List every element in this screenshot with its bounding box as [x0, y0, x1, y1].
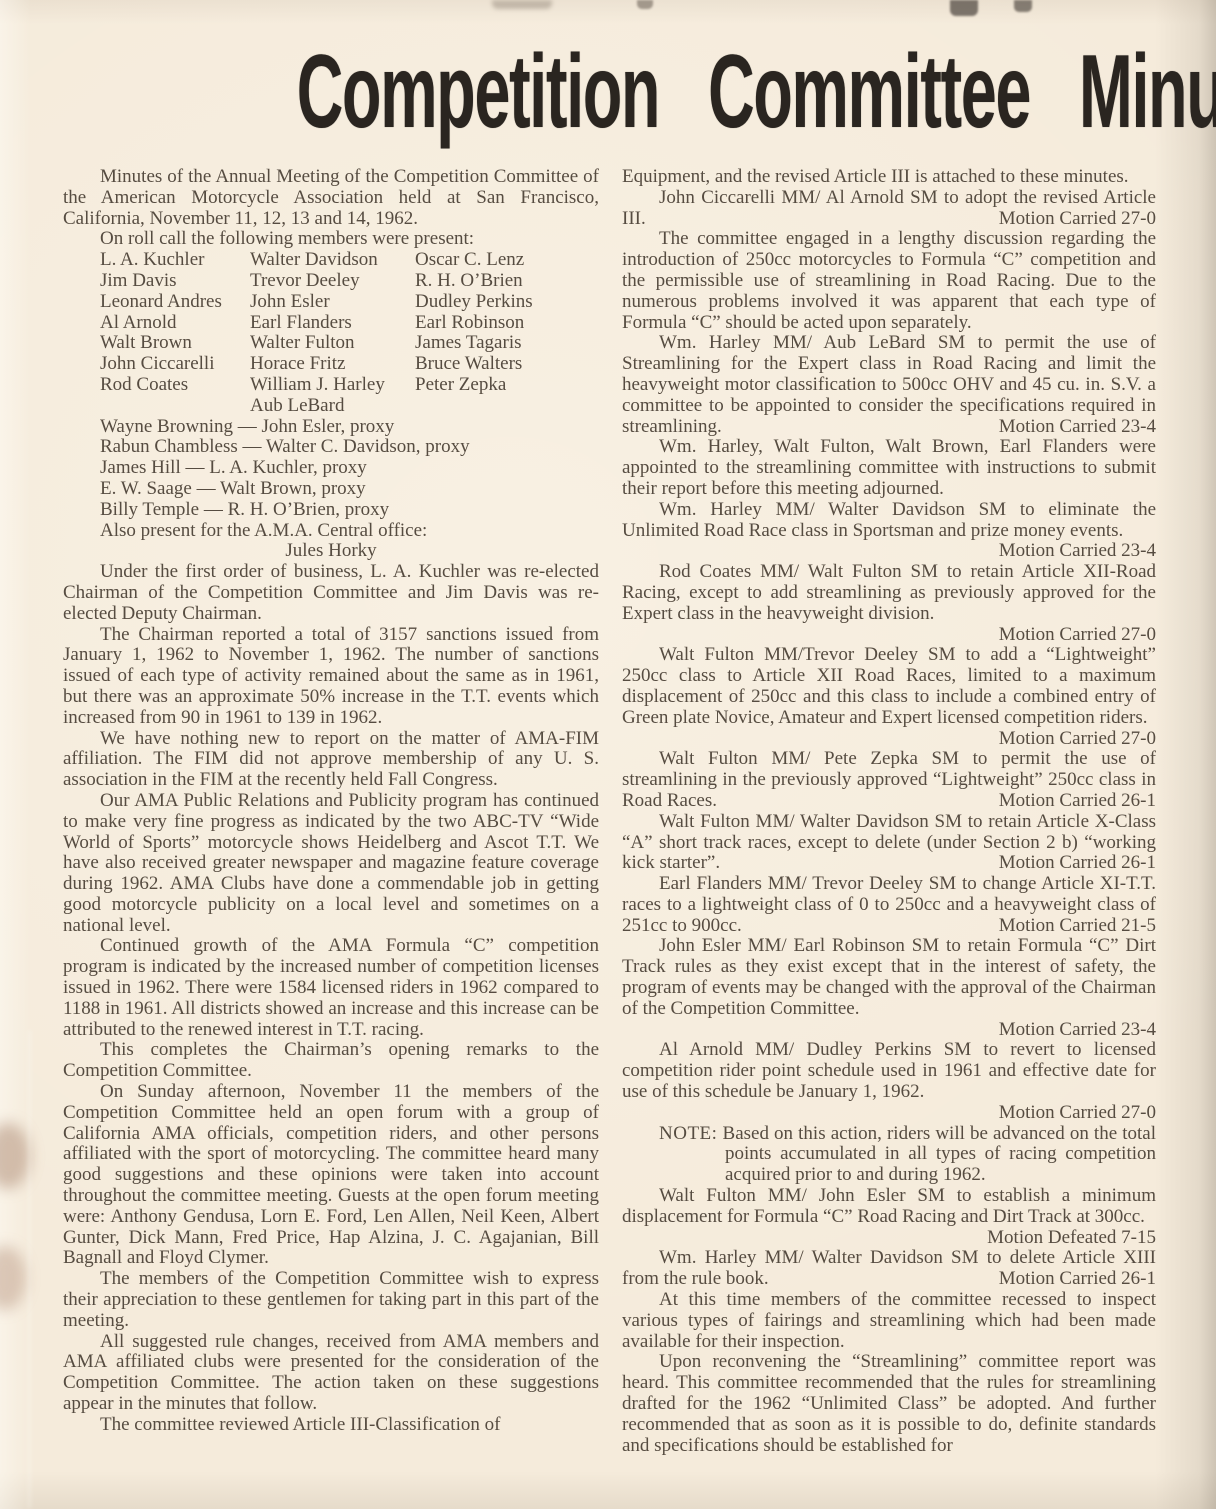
proxy-line: Wayne Browning — John Esler, proxy	[100, 417, 599, 438]
scan-ink-mark	[637, 0, 653, 9]
proxy-line: Also present for the A.M.A. Central offi…	[100, 521, 599, 542]
paragraph-text: On Sunday afternoon, November 11 the mem…	[63, 1081, 599, 1268]
member-name: John Esler	[250, 292, 415, 313]
paragraph-text: We have nothing new to report on the mat…	[63, 728, 599, 791]
paragraph-text: Minutes of the Annual Meeting of the Com…	[63, 166, 599, 229]
paragraph-text: Upon reconvening the “Streamlining” comm…	[622, 1351, 1156, 1455]
member-name: L. A. Kuchler	[100, 250, 250, 271]
motion-paragraph: Walt Fulton MM/ Pete Zepka SM to permit …	[622, 749, 1156, 811]
motion-paragraph: Rod Coates MM/ Walt Fulton SM to retain …	[622, 562, 1156, 624]
proxy-line: Rabun Chambless — Walter C. Davidson, pr…	[100, 437, 599, 458]
motion-paragraph: Walt Fulton MM/ Walter Davidson SM to re…	[622, 812, 1156, 874]
page-crease	[28, 1030, 31, 1509]
paragraph-text: Wm. Harley MM/ Walter Davidson SM to eli…	[622, 499, 1156, 541]
scan-ink-mark	[1014, 0, 1032, 12]
motion-result: Motion Carried 23-4	[948, 417, 1156, 438]
member-name: Trevor Deeley	[250, 271, 415, 292]
paragraph: On Sunday afternoon, November 11 the mem…	[63, 1082, 599, 1269]
note-paragraph: NOTE: Based on this action, riders will …	[622, 1124, 1156, 1186]
member-name: James Tagaris	[415, 333, 599, 354]
paragraph-text: This completes the Chairman’s opening re…	[63, 1039, 599, 1081]
member-name: Oscar C. Lenz	[415, 250, 599, 271]
paragraph: Continued growth of the AMA Formula “C” …	[63, 936, 599, 1040]
member-name: Jim Davis	[100, 271, 250, 292]
paragraph-text: All suggested rule changes, received fro…	[63, 1331, 599, 1414]
paragraph-text: At this time members of the committee re…	[622, 1289, 1156, 1352]
roll-call-table: L. A. KuchlerWalter DavidsonOscar C. Len…	[63, 250, 599, 416]
paragraph: On roll call the following members were …	[63, 229, 599, 250]
paragraph-text: Rod Coates MM/ Walt Fulton SM to retain …	[622, 561, 1156, 624]
page: Competition Committee Minutes Minutes of…	[0, 0, 1216, 1509]
paragraph-text: John Esler MM/ Earl Robinson SM to retai…	[622, 935, 1156, 1018]
motion-paragraph: John Ciccarelli MM/ Al Arnold SM to adop…	[622, 188, 1156, 230]
paragraph: At this time members of the committee re…	[622, 1290, 1156, 1352]
paragraph: We have nothing new to report on the mat…	[63, 729, 599, 791]
paragraph: The committee engaged in a lengthy discu…	[622, 229, 1156, 333]
note-label: NOTE:	[659, 1123, 717, 1144]
proxy-line: James Hill — L. A. Kuchler, proxy	[100, 458, 599, 479]
member-name: John Ciccarelli	[100, 354, 250, 375]
paragraph-text: The committee reviewed Article III-Class…	[100, 1414, 500, 1435]
paragraph-text: Equipment, and the revised Article III i…	[622, 166, 1129, 187]
paragraph-text: Under the first order of business, L. A.…	[63, 561, 599, 624]
motion-result: Motion Carried 27-0	[622, 625, 1156, 646]
paragraph: Wm. Harley, Walt Fulton, Walt Brown, Ear…	[622, 437, 1156, 499]
scan-smudge	[0, 1123, 30, 1189]
paragraph: Upon reconvening the “Streamlining” comm…	[622, 1352, 1156, 1456]
member-name: Horace Fritz	[250, 354, 415, 375]
member-name: Aub LeBard	[250, 396, 415, 417]
member-name: William J. Harley	[250, 375, 415, 396]
member-name: Rod Coates	[100, 375, 250, 396]
scan-ink-mark	[950, 0, 978, 16]
member-name: Bruce Walters	[415, 354, 599, 375]
page-title: Competition Committee Minutes	[0, 40, 1216, 144]
paragraph-text: Walt Fulton MM/ John Esler SM to establi…	[622, 1185, 1156, 1227]
paragraph: Under the first order of business, L. A.…	[63, 562, 599, 624]
paragraph-text: Wm. Harley, Walt Fulton, Walt Brown, Ear…	[622, 436, 1156, 499]
member-name: Leonard Andres	[100, 292, 250, 313]
member-name: Al Arnold	[100, 313, 250, 334]
paragraph: All suggested rule changes, received fro…	[63, 1332, 599, 1415]
motion-result: Motion Carried 27-0	[948, 729, 1156, 750]
paragraph: Our AMA Public Relations and Publicity p…	[63, 791, 599, 937]
motion-result: Motion Carried 26-1	[948, 853, 1156, 874]
member-name: Earl Flanders	[250, 313, 415, 334]
left-column: Minutes of the Annual Meeting of the Com…	[63, 167, 599, 1456]
member-name	[415, 396, 599, 417]
member-name: Walter Fulton	[250, 333, 415, 354]
motion-paragraph: Al Arnold MM/ Dudley Perkins SM to rever…	[622, 1040, 1156, 1102]
member-name: Walt Brown	[100, 333, 250, 354]
member-name: R. H. O’Brien	[415, 271, 599, 292]
paragraph: The Chairman reported a total of 3157 sa…	[63, 625, 599, 729]
motion-paragraph: Wm. Harley MM/ Walter Davidson SM to eli…	[622, 500, 1156, 562]
motion-result: Motion Carried 27-0	[948, 209, 1156, 230]
motion-result: Motion Carried 27-0	[622, 1103, 1156, 1124]
proxy-line: Billy Temple — R. H. O’Brien, proxy	[100, 500, 599, 521]
attendee-name: Jules Horky	[63, 541, 599, 562]
motion-result: Motion Defeated 7-15	[936, 1228, 1156, 1249]
content: Minutes of the Annual Meeting of the Com…	[63, 167, 1156, 1456]
proxy-list: Wayne Browning — John Esler, proxyRabun …	[63, 417, 599, 542]
paragraph: Minutes of the Annual Meeting of the Com…	[63, 167, 599, 229]
member-name: Earl Robinson	[415, 313, 599, 334]
motion-paragraph: John Esler MM/ Earl Robinson SM to retai…	[622, 936, 1156, 1019]
paragraph-text: On roll call the following members were …	[100, 228, 474, 249]
paragraph: This completes the Chairman’s opening re…	[63, 1040, 599, 1082]
paragraph-text: Continued growth of the AMA Formula “C” …	[63, 935, 599, 1039]
scan-smudge	[0, 1246, 26, 1310]
motion-paragraph: Walt Fulton MM/ John Esler SM to establi…	[622, 1186, 1156, 1248]
paragraph-text: Our AMA Public Relations and Publicity p…	[63, 790, 599, 936]
motion-result: Motion Carried 21-5	[948, 916, 1156, 937]
right-column: Equipment, and the revised Article III i…	[622, 167, 1156, 1456]
motion-result: Motion Carried 23-4	[948, 541, 1156, 562]
motion-result: Motion Carried 23-4	[622, 1020, 1156, 1041]
paragraph: Equipment, and the revised Article III i…	[622, 167, 1156, 188]
motion-paragraph: Walt Fulton MM/Trevor Deeley SM to add a…	[622, 645, 1156, 749]
paragraph-text: The members of the Competition Committee…	[63, 1268, 599, 1331]
note-text: Based on this action, riders will be adv…	[723, 1123, 1156, 1186]
paragraph-text: Al Arnold MM/ Dudley Perkins SM to rever…	[622, 1039, 1156, 1102]
paragraph: The committee reviewed Article III-Class…	[63, 1415, 599, 1436]
motion-result: Motion Carried 26-1	[948, 1269, 1156, 1290]
member-name: Dudley Perkins	[415, 292, 599, 313]
motion-result: Motion Carried 26-1	[948, 791, 1156, 812]
member-name: Walter Davidson	[250, 250, 415, 271]
scan-ink-mark	[492, 0, 552, 9]
paragraph-text: The Chairman reported a total of 3157 sa…	[63, 624, 599, 728]
motion-paragraph: Wm. Harley MM/ Walter Davidson SM to del…	[622, 1248, 1156, 1290]
paragraph-text: The committee engaged in a lengthy discu…	[622, 228, 1156, 332]
member-name: Peter Zepka	[415, 375, 599, 396]
page-title-text: Competition Committee Minutes	[297, 40, 1216, 144]
proxy-line: E. W. Saage — Walt Brown, proxy	[100, 479, 599, 500]
paragraph: The members of the Competition Committee…	[63, 1269, 599, 1331]
motion-paragraph: Wm. Harley MM/ Aub LeBard SM to permit t…	[622, 333, 1156, 437]
paragraph-text: Walt Fulton MM/Trevor Deeley SM to add a…	[622, 644, 1156, 727]
motion-paragraph: Earl Flanders MM/ Trevor Deeley SM to ch…	[622, 874, 1156, 936]
member-name	[100, 396, 250, 417]
